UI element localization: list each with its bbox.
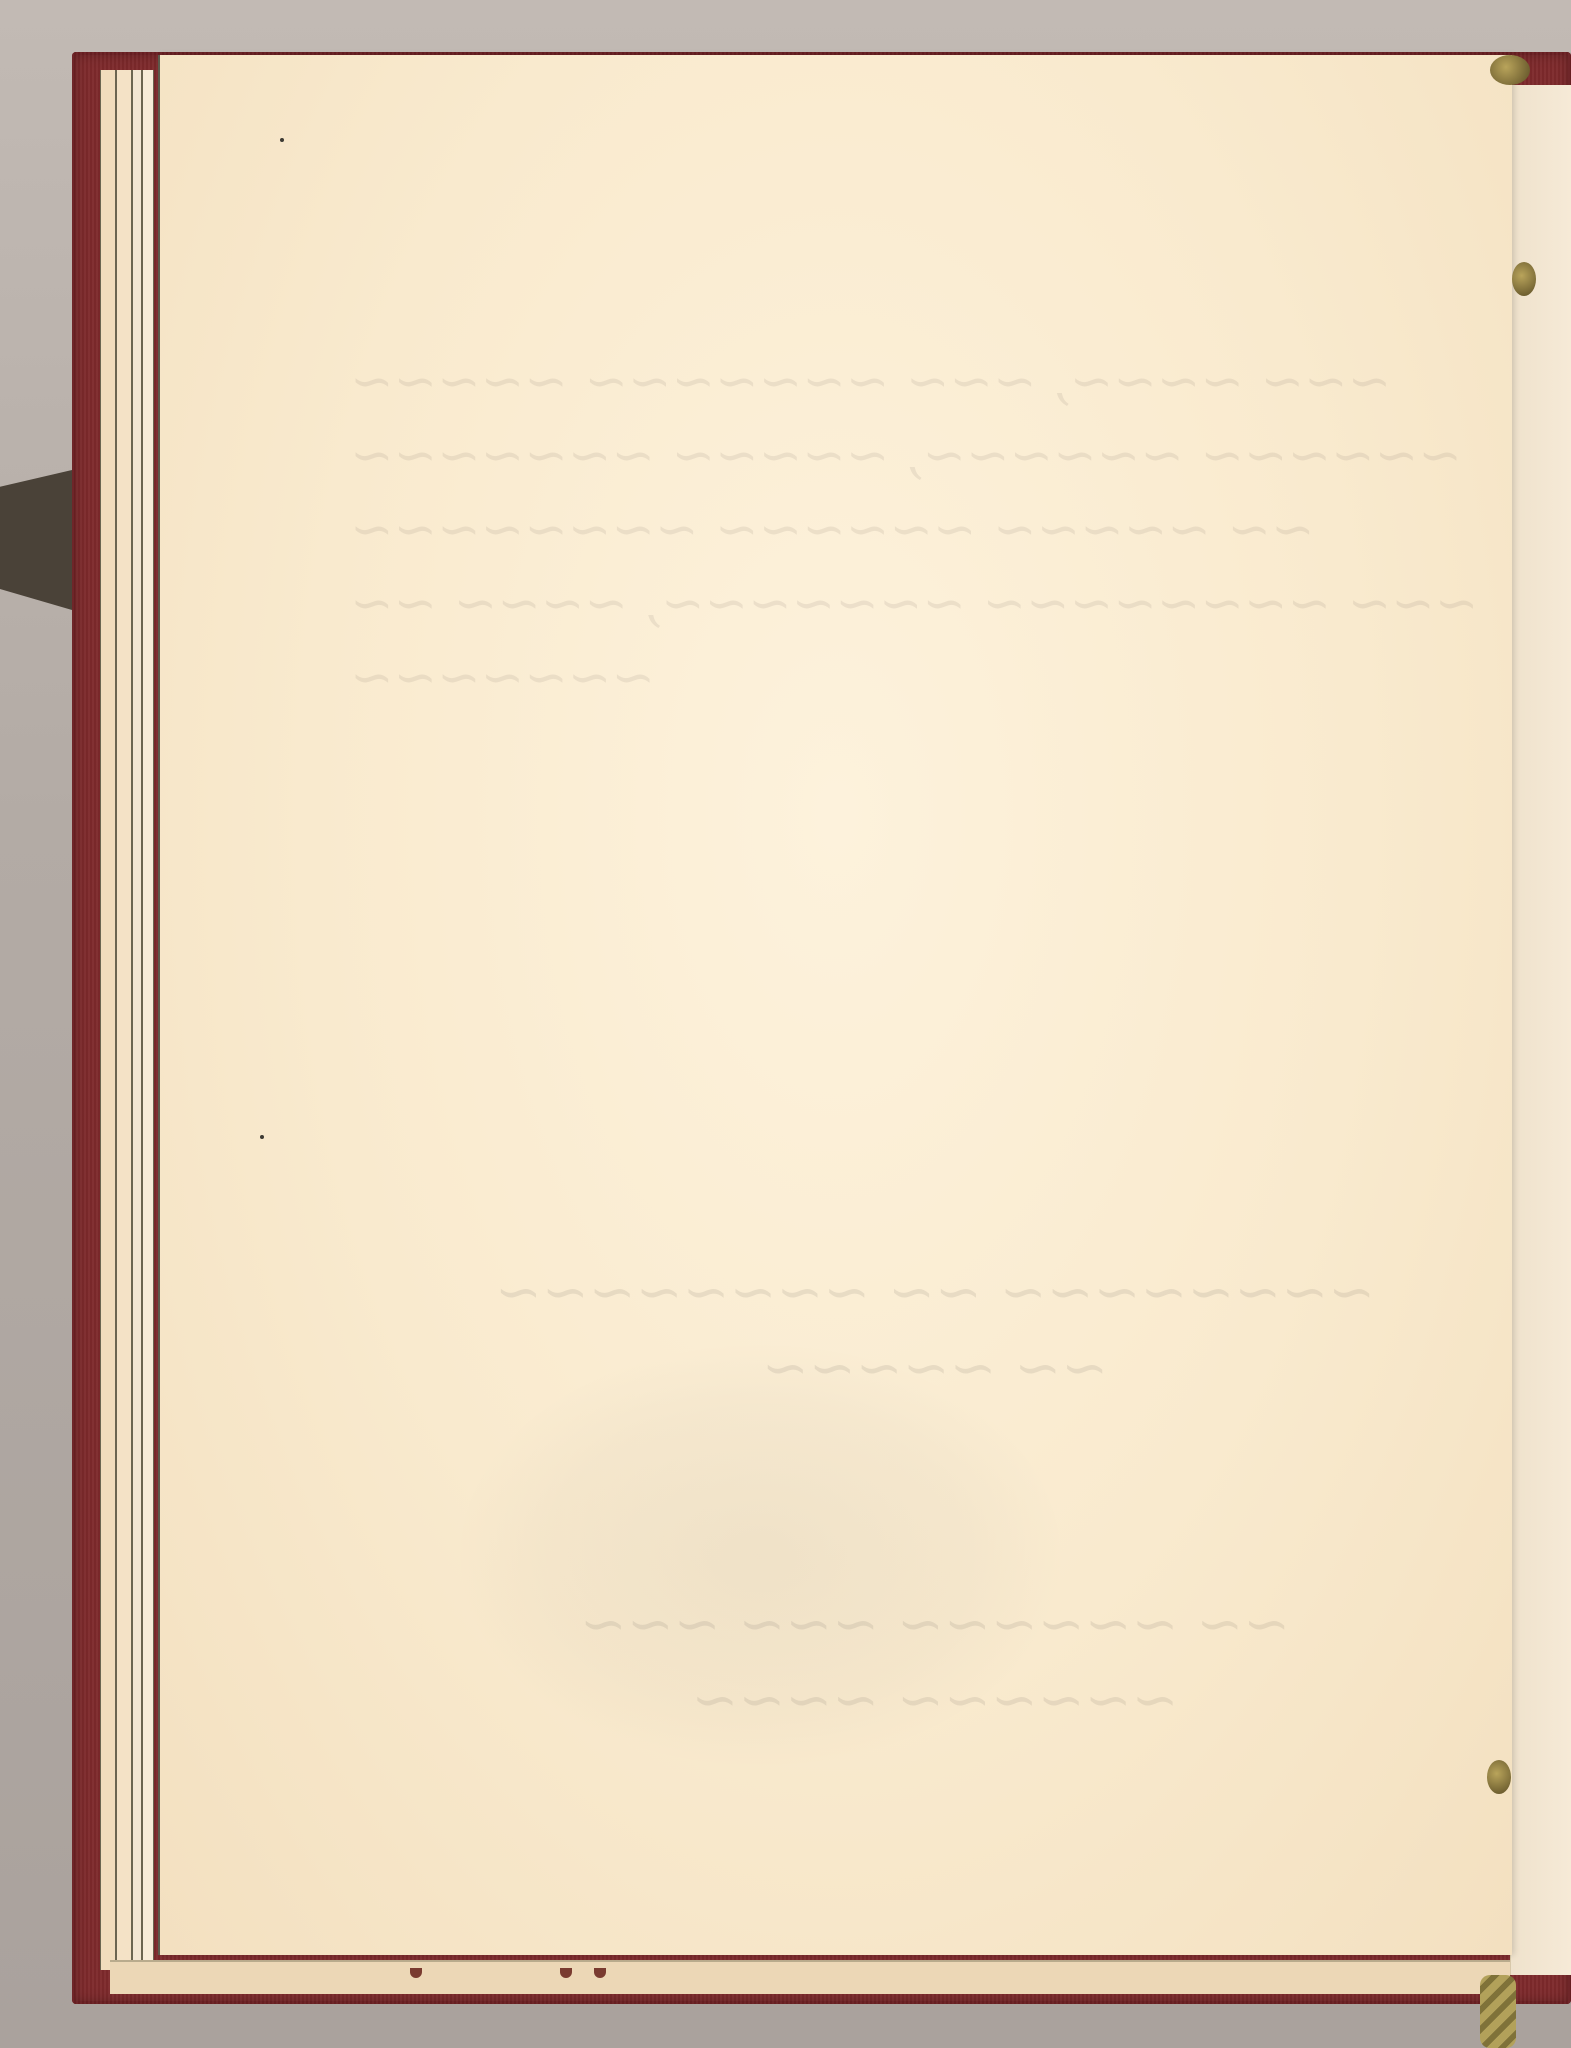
facing-page-edge — [1510, 85, 1571, 1975]
bleed-line: ~~ ~~~~~~ ~~~ ~~~ — [360, 1587, 1510, 1663]
bleed-line: ~~~~~~~ — [350, 641, 1500, 715]
bleed-line: ~~~~~~ ~~~~~~, ~~~~~ ~~~~~~~ — [350, 419, 1500, 493]
paper-speck — [280, 138, 284, 142]
bleed-line: ~~~ ~~~~~~~~ ~~~~~~~, ~~~~ ~~ — [350, 567, 1500, 641]
bleed-through-lower: ~~~~~~~~ ~~ ~~~~~~~~ ~~ ~~~~~ ~~ ~~~~~~ … — [360, 1255, 1510, 1739]
page-edge — [132, 70, 142, 1970]
bookmark-ribbon — [0, 470, 72, 610]
blank-page: ~~~ ~~~~, ~~~ ~~~~~~~ ~~~~~ ~~~~~~ ~~~~~… — [158, 55, 1512, 1955]
page-edge — [116, 70, 132, 1970]
page-edge — [100, 70, 116, 1970]
bleed-line: ~~~~~~~~ ~~ ~~~~~~~~ — [360, 1255, 1510, 1331]
gold-cord — [1480, 1975, 1516, 2048]
bleed-line: ~~~ ~~~~, ~~~ ~~~~~~~ ~~~~~ — [350, 345, 1500, 419]
page-edges-stack — [100, 70, 160, 1970]
paper-speck — [260, 1135, 264, 1139]
page-edge — [142, 70, 154, 1970]
bleed-line: ~~ ~~~~~ — [360, 1331, 1510, 1407]
bleed-line: ~~~~~~ ~~~~ — [360, 1663, 1510, 1739]
gold-cord-knot — [1487, 1760, 1511, 1794]
bleed-through-upper: ~~~ ~~~~, ~~~ ~~~~~~~ ~~~~~ ~~~~~~ ~~~~~… — [350, 345, 1500, 715]
bottom-page-edge — [110, 1960, 1510, 1994]
gold-cord-top — [1490, 55, 1530, 85]
gold-cord-knot — [1512, 262, 1536, 296]
bleed-line: ~~ ~~~~~ ~~~~~~ ~~~~~~~~ — [350, 493, 1500, 567]
